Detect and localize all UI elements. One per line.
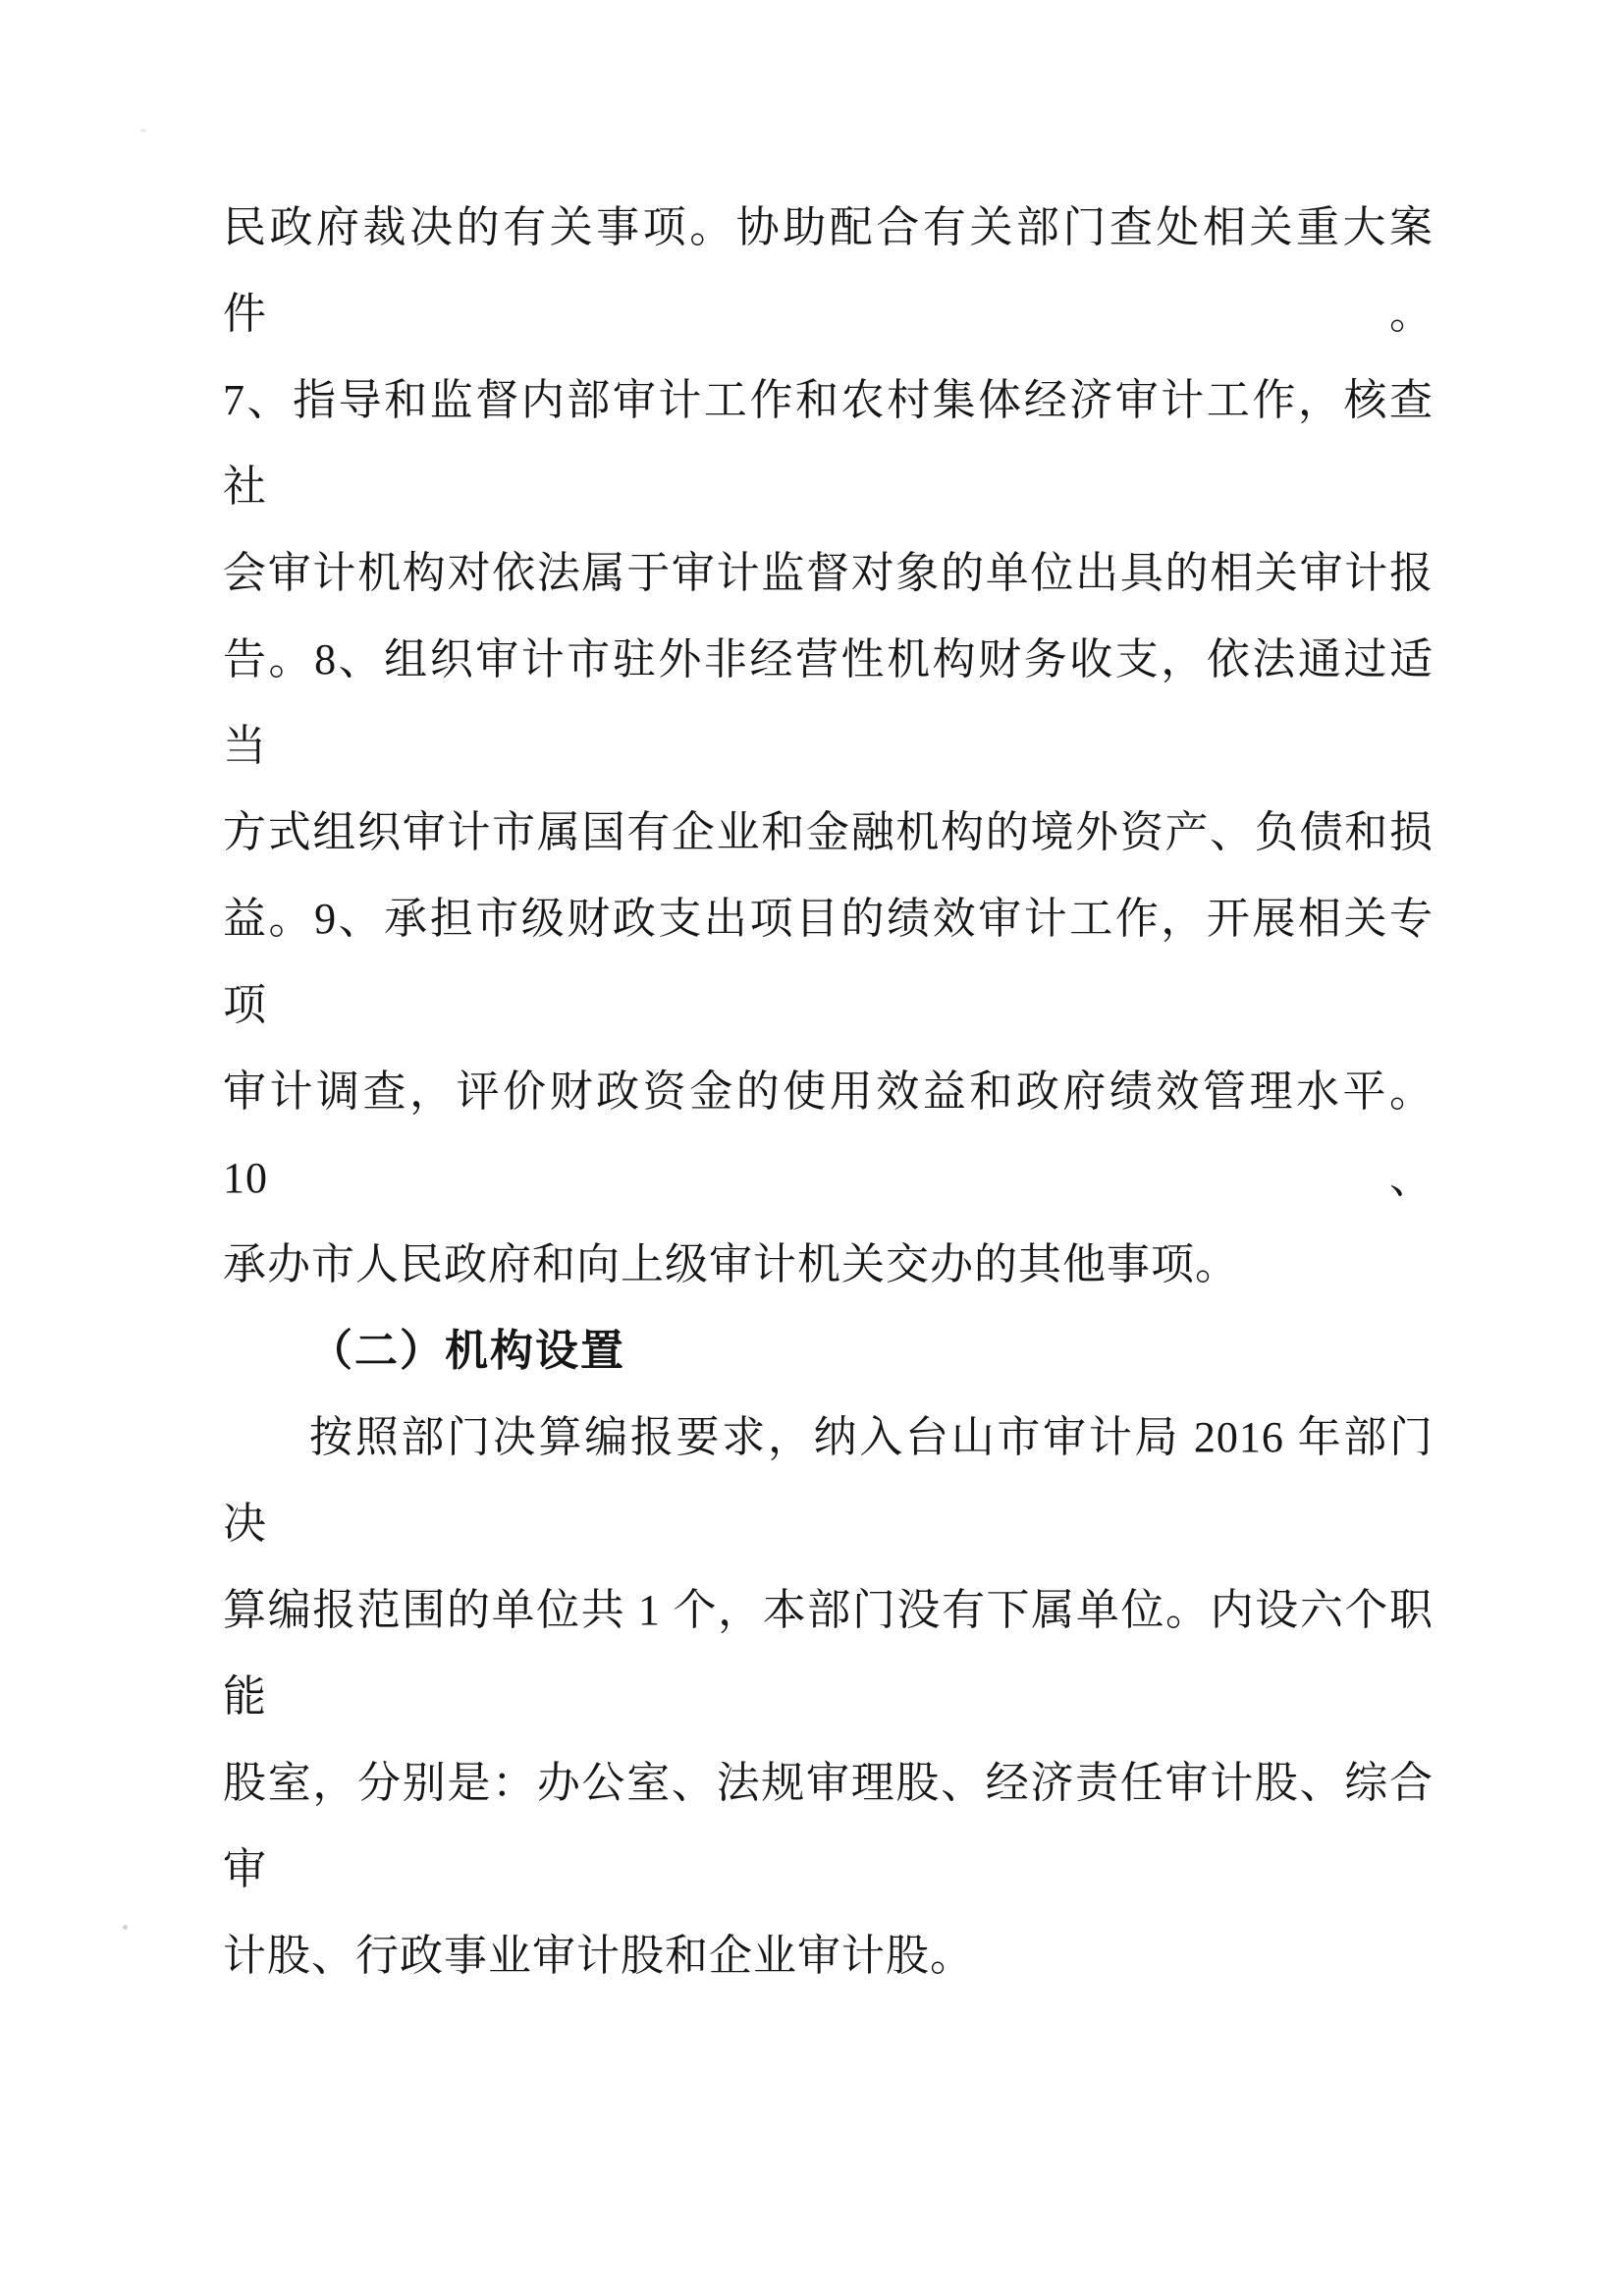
text-line: 按照部门决算编报要求，纳入台山市审计局 2016 年部门决	[223, 1394, 1434, 1567]
text-line: 计股、行政事业审计股和企业审计股。	[223, 1913, 1434, 1999]
text-line: 民政府裁决的有关事项。协助配合有关部门查处相关重大案件。	[223, 185, 1434, 357]
text-line: 股室，分别是：办公室、法规审理股、经济责任审计股、综合审	[223, 1740, 1434, 1913]
scan-smudge-artifact	[140, 129, 146, 133]
text-line: 7、指导和监督内部审计工作和农村集体经济审计工作，核查社	[223, 357, 1434, 530]
text-line: 方式组织审计市属国有企业和金融机构的境外资产、负债和损	[223, 790, 1434, 876]
document-page: 民政府裁决的有关事项。协助配合有关部门查处相关重大案件。 7、指导和监督内部审计…	[0, 0, 1623, 2296]
text-line: 告。8、组织审计市驻外非经营性机构财务收支，依法通过适当	[223, 617, 1434, 790]
text-block: 民政府裁决的有关事项。协助配合有关部门查处相关重大案件。 7、指导和监督内部审计…	[223, 185, 1434, 1999]
scan-dot-artifact	[123, 1925, 128, 1930]
text-line: 审计调查，评价财政资金的使用效益和政府绩效管理水平。10、	[223, 1049, 1434, 1222]
text-line: 承办市人民政府和向上级审计机关交办的其他事项。	[223, 1222, 1434, 1308]
text-line: 算编报范围的单位共 1 个，本部门没有下属单位。内设六个职能	[223, 1567, 1434, 1740]
text-line: 益。9、承担市级财政支出项目的绩效审计工作，开展相关专项	[223, 876, 1434, 1049]
text-line: 会审计机构对依法属于审计监督对象的单位出具的相关审计报	[223, 530, 1434, 617]
section-heading: （二）机构设置	[223, 1308, 1434, 1394]
